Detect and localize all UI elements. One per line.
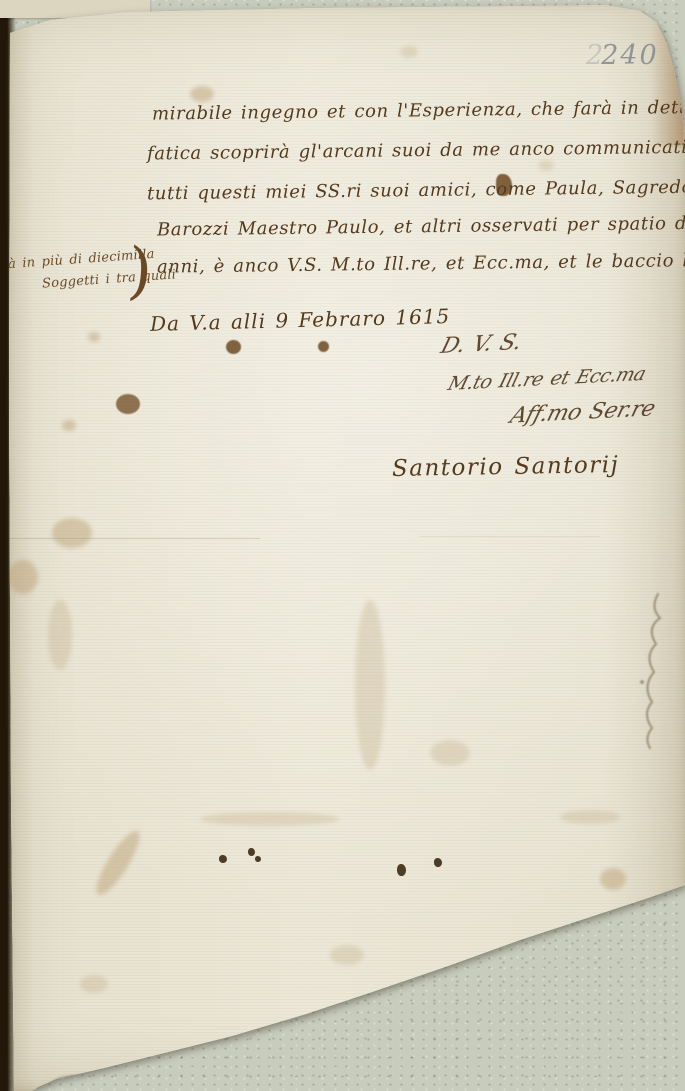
stain <box>330 945 364 965</box>
stain <box>8 560 38 594</box>
letter-line-4: Barozzi Maestro Paulo, et altri osservat… <box>157 213 685 241</box>
ink-spot <box>219 855 227 863</box>
ink-spot <box>397 864 406 876</box>
ink-spot <box>255 856 261 862</box>
closing-line-1: D. V. S. <box>438 330 524 359</box>
stain <box>226 340 241 354</box>
stain <box>600 868 626 890</box>
stain <box>88 332 100 342</box>
bleed-through-ink <box>628 590 668 760</box>
stain <box>116 394 140 414</box>
stain <box>48 600 72 670</box>
stain <box>52 518 92 548</box>
stain <box>80 975 108 993</box>
page-wrap: 2240 mirabile ingegno et con l'Esperienz… <box>0 0 685 1091</box>
margin-bracket: ) <box>125 233 155 308</box>
paper-crease <box>420 536 600 537</box>
torn-edge-discoloration <box>651 6 685 146</box>
manuscript-photo: 2240 mirabile ingegno et con l'Esperienz… <box>0 0 685 1091</box>
manuscript-page: 2240 mirabile ingegno et con l'Esperienz… <box>0 0 685 1091</box>
letter-line-3: tutti questi miei SS.ri suoi amici, come… <box>147 177 685 205</box>
closing-line-3: Aff.mo Ser.re <box>507 396 657 428</box>
stain <box>538 160 554 171</box>
letter-line-1: mirabile ingegno et con l'Esperienza, ch… <box>152 96 685 124</box>
bottom-corner-shadow <box>52 1076 118 1091</box>
closing-line-2: M.to Ill.re et Ecc.ma <box>445 363 648 395</box>
folio-number-faint: 2 <box>586 40 605 71</box>
stain <box>62 420 76 431</box>
signature: Santorio Santorij <box>392 452 620 482</box>
stain <box>200 812 340 826</box>
letter-line-5: anni, è anco V.S. M.to Ill.re, et Ecc.ma… <box>157 249 685 277</box>
stain <box>430 740 470 766</box>
folio-number: 2240 <box>586 40 659 71</box>
ink-spot <box>248 848 255 856</box>
letter-line-2: fatica scoprirà gl'arcani suoi da me anc… <box>147 137 685 165</box>
stain <box>560 810 620 824</box>
folio-number-digits: 240 <box>601 40 659 71</box>
ink-spot <box>434 858 442 867</box>
stain <box>190 86 214 102</box>
stain <box>355 600 385 770</box>
margin-note-line-2: Soggetti i tra quali <box>42 267 177 291</box>
stain <box>90 826 146 899</box>
stain <box>318 341 329 352</box>
stain <box>400 46 418 58</box>
dateline: Da V.a alli 9 Febraro 1615 <box>150 304 451 336</box>
paper-crease <box>0 538 260 539</box>
